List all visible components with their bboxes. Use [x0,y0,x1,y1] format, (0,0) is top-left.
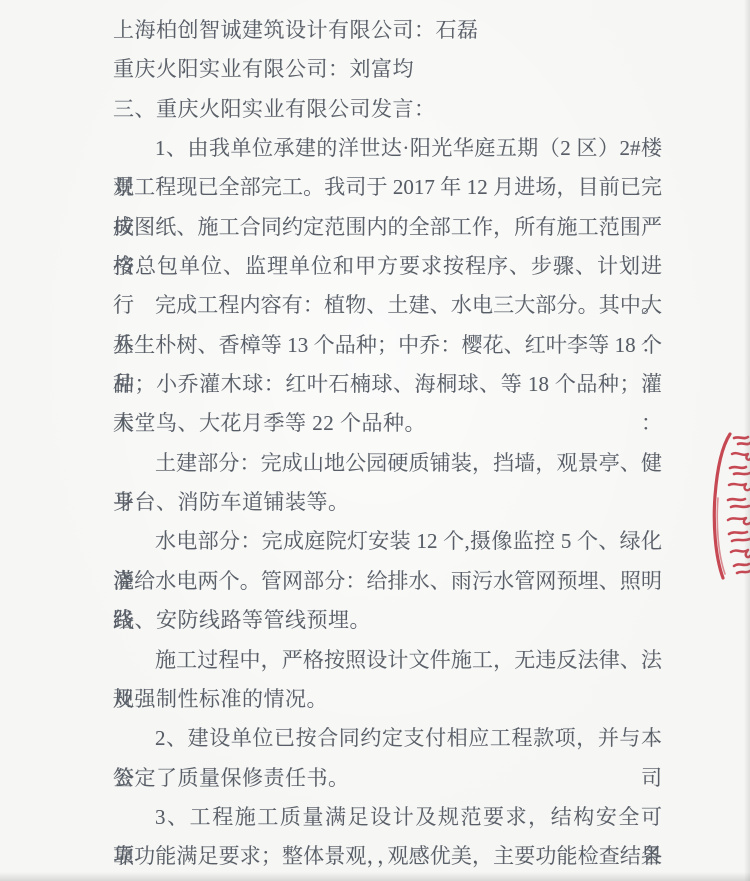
document-lines: 上海柏创智诚建筑设计有限公司：石磊重庆火阳实业有限公司：刘富均三、重庆火阳实业有… [113,11,662,877]
document-line: 平台、消防车道铺装等。 [113,483,662,522]
document-line: 按总包单位、监理单位和甲方要求按程序、步骤、计划进行。 [113,247,662,286]
red-seal-stamp [708,428,750,586]
document-line: 上海柏创智诚建筑设计有限公司：石磊 [113,11,662,50]
document-line: 按图纸、施工合同约定范围内的全部工作，所有施工范围严格 [113,208,662,247]
document-line: 观工程现已全部完工。我司于 2017 年 12 月进场，目前已完成 [113,168,662,207]
document-line: 三、重庆火阳实业有限公司发言： [113,90,662,129]
document-line: 及强制性标准的情况。 [113,680,662,719]
document-line: 土建部分：完成山地公园硬质铺装，挡墙，观景亭、健身 [113,444,662,483]
document-line: 路、安防线路等管线预埋。 [113,601,662,640]
document-line: 重庆火阳实业有限公司：刘富均 [113,50,662,89]
document-line: 水电部分：完成庭院灯安装 12 个,摄像监控 5 个、绿化浇 [113,522,662,561]
document-line: 3、工程施工质量满足设计及规范要求，结构安全可靠，各 [113,798,662,837]
document-line: 种；小乔灌木球：红叶石楠球、海桐球、等 18 个品种；灌木： [113,365,662,404]
document-line: 施工过程中，严格按照设计文件施工，无违反法律、法规 [113,641,662,680]
document-line: 完成工程内容有：植物、土建、水电三大部分。其中大乔： [113,286,662,325]
document-page: 上海柏创智诚建筑设计有限公司：石磊重庆火阳实业有限公司：刘富均三、重庆火阳实业有… [0,0,750,881]
red-seal-strokes [708,428,750,586]
document-line: 灌给水电两个。管网部分：给排水、雨污水管网预埋、照明线 [113,562,662,601]
document-line: 项功能满足要求；整体景观，观感优美，主要功能检查结果合 [113,837,662,876]
document-line: 1、由我单位承建的洋世达·阳光华庭五期（2 区）2#楼景 [113,129,662,168]
document-line: 丛生朴树、香樟等 13 个品种；中乔：樱花、红叶李等 18 个品 [113,326,662,365]
document-line: 2、建设单位已按合同约定支付相应工程款项，并与本公司 [113,719,662,758]
